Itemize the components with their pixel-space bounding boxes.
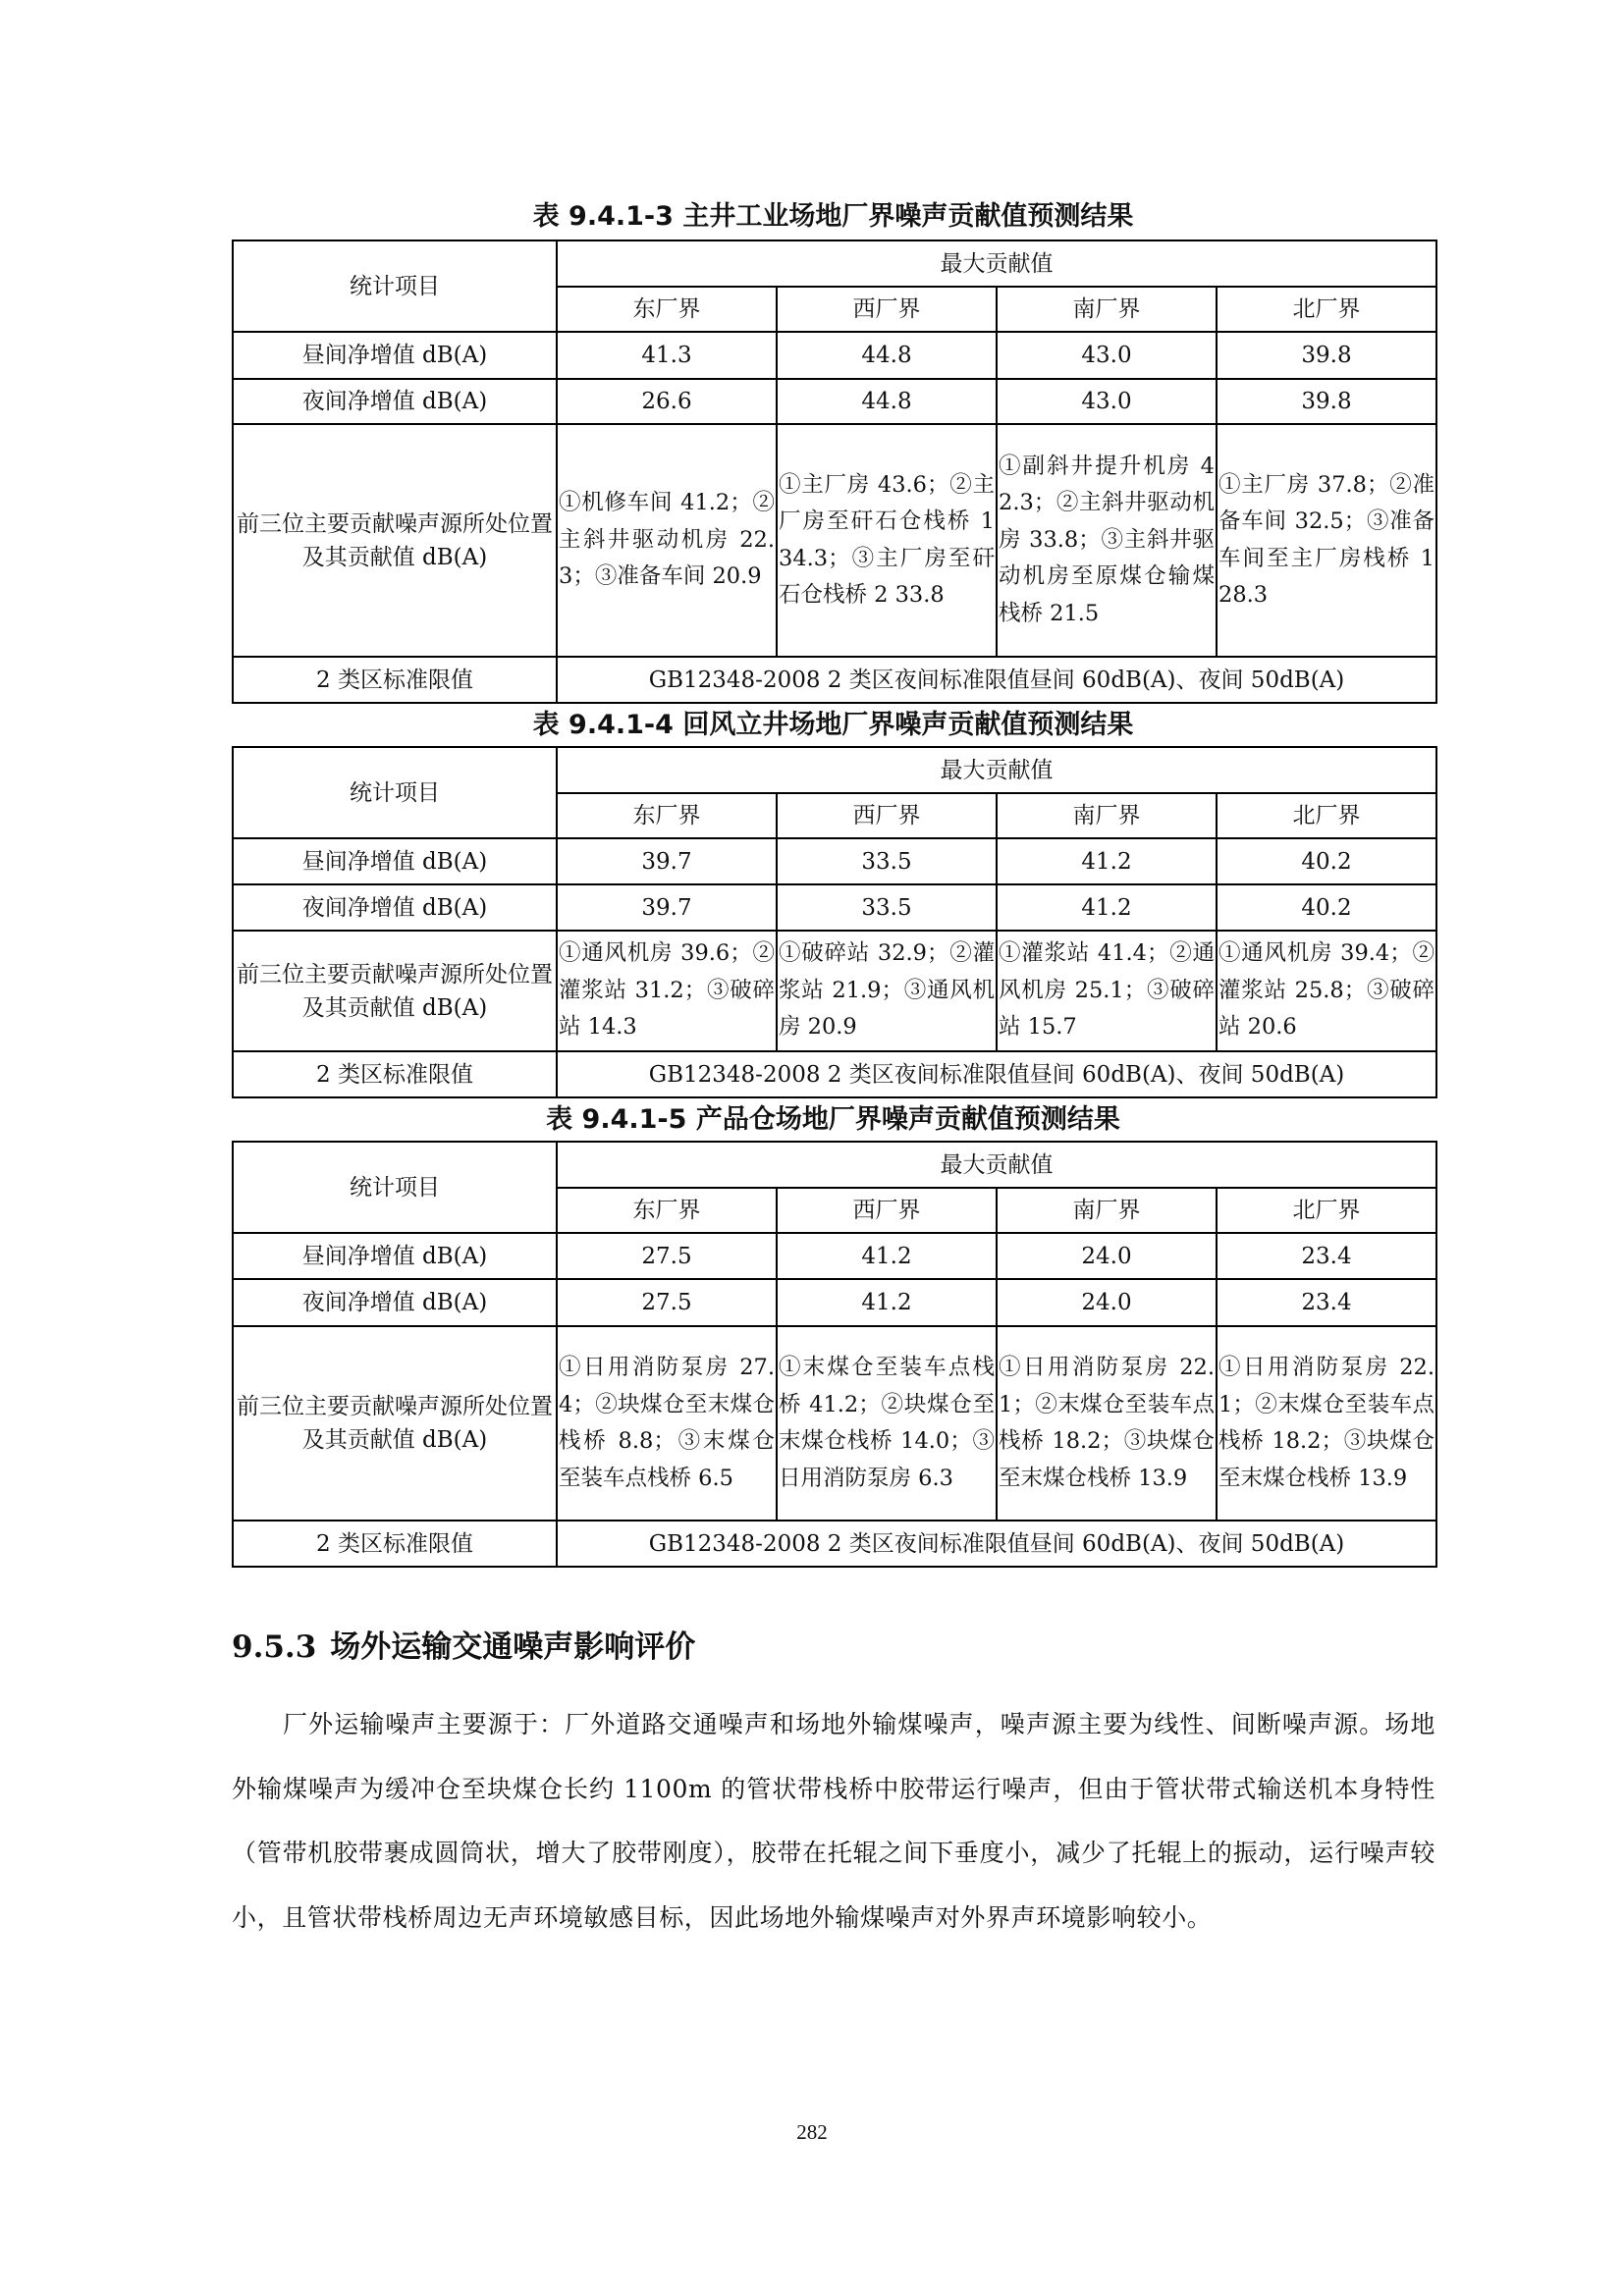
column-header-east: 东厂界 xyxy=(557,1188,777,1233)
sources-cell: ①机修车间 41.2；②主斜井驱动机房 22.3；③准备车间 20.9 xyxy=(557,424,777,657)
table-row: 前三位主要贡献噪声源所处位置及其贡献值 dB(A) ①机修车间 41.2；②主斜… xyxy=(233,424,1436,657)
cell-value: 44.8 xyxy=(777,379,997,424)
cell-value: 40.2 xyxy=(1217,884,1436,931)
cell-value: 23.4 xyxy=(1217,1233,1436,1279)
section-number: 9.5.3 xyxy=(232,1629,316,1665)
column-header-east: 东厂界 xyxy=(557,793,777,838)
table-row: 2 类区标准限值 GB12348-2008 2 类区夜间标准限值昼间 60dB(… xyxy=(233,657,1436,703)
cell-value: 23.4 xyxy=(1217,1279,1436,1326)
cell-value: 40.2 xyxy=(1217,838,1436,884)
cell-value: 41.3 xyxy=(557,332,777,379)
cell-value: 41.2 xyxy=(777,1279,997,1326)
column-header-west: 西厂界 xyxy=(777,793,997,838)
cell-value: 43.0 xyxy=(997,379,1217,424)
row-label: 昼间净增值 dB(A) xyxy=(233,838,557,884)
noise-table-return-air-shaft: 统计项目 最大贡献值 东厂界 西厂界 南厂界 北厂界 昼间净增值 dB(A) 3… xyxy=(232,746,1437,1098)
column-header-west: 西厂界 xyxy=(777,287,997,332)
cell-value: 44.8 xyxy=(777,332,997,379)
row-label: 夜间净增值 dB(A) xyxy=(233,1279,557,1326)
column-header-east: 东厂界 xyxy=(557,287,777,332)
table-row: 2 类区标准限值 GB12348-2008 2 类区夜间标准限值昼间 60dB(… xyxy=(233,1521,1436,1567)
sources-cell: ①副斜井提升机房 42.3；②主斜井驱动机房 33.8；③主斜井驱动机房至原煤仓… xyxy=(997,424,1217,657)
cell-value: 41.2 xyxy=(777,1233,997,1279)
cell-value: 24.0 xyxy=(997,1279,1217,1326)
noise-table-main-shaft: 统计项目 最大贡献值 东厂界 西厂界 南厂界 北厂界 昼间净增值 dB(A) 4… xyxy=(232,240,1437,704)
sources-cell: ①主厂房 43.6；②主厂房至矸石仓栈桥 1 34.3；③主厂房至矸石仓栈桥 2… xyxy=(777,424,997,657)
cell-value: 27.5 xyxy=(557,1233,777,1279)
standard-value: GB12348-2008 2 类区夜间标准限值昼间 60dB(A)、夜间 50d… xyxy=(557,1521,1436,1567)
standard-label: 2 类区标准限值 xyxy=(233,1051,557,1097)
sources-cell: ①末煤仓至装车点栈桥 41.2；②块煤仓至末煤仓栈桥 14.0；③日用消防泵房 … xyxy=(777,1326,997,1521)
column-header-south: 南厂界 xyxy=(997,1188,1217,1233)
noise-table-product-silo: 统计项目 最大贡献值 东厂界 西厂界 南厂界 北厂界 昼间净增值 dB(A) 2… xyxy=(232,1141,1437,1568)
table-row: 夜间净增值 dB(A) 39.7 33.5 41.2 40.2 xyxy=(233,884,1436,931)
header-item: 统计项目 xyxy=(233,747,557,838)
sources-cell: ①日用消防泵房 22.1；②末煤仓至装车点栈桥 18.2；③块煤仓至末煤仓栈桥 … xyxy=(997,1326,1217,1521)
cell-value: 33.5 xyxy=(777,884,997,931)
cell-value: 39.8 xyxy=(1217,332,1436,379)
header-group: 最大贡献值 xyxy=(557,1142,1436,1188)
sources-cell: ①主厂房 37.8；②准备车间 32.5；③准备车间至主厂房栈桥 1 28.3 xyxy=(1217,424,1436,657)
section-title: 场外运输交通噪声影响评价 xyxy=(330,1629,695,1665)
cell-value: 39.7 xyxy=(557,838,777,884)
cell-value: 27.5 xyxy=(557,1279,777,1326)
standard-label: 2 类区标准限值 xyxy=(233,1521,557,1567)
sources-cell: ①日用消防泵房 27.4；②块煤仓至末煤仓栈桥 8.8；③末煤仓至装车点栈桥 6… xyxy=(557,1326,777,1521)
table-caption: 表 9.4.1-4 回风立井场地厂界噪声贡献值预测结果 xyxy=(232,709,1435,742)
column-header-north: 北厂界 xyxy=(1217,793,1436,838)
table-row: 昼间净增值 dB(A) 27.5 41.2 24.0 23.4 xyxy=(233,1233,1436,1279)
table-row: 夜间净增值 dB(A) 27.5 41.2 24.0 23.4 xyxy=(233,1279,1436,1326)
column-header-north: 北厂界 xyxy=(1217,287,1436,332)
cell-value: 39.7 xyxy=(557,884,777,931)
table-caption: 表 9.4.1-5 产品仓场地厂界噪声贡献值预测结果 xyxy=(232,1103,1435,1137)
page-number: 282 xyxy=(0,2120,1624,2145)
table-row: 昼间净增值 dB(A) 41.3 44.8 43.0 39.8 xyxy=(233,332,1436,379)
body-paragraph: 厂外运输噪声主要源于：厂外道路交通噪声和场地外输煤噪声，噪声源主要为线性、间断噪… xyxy=(232,1692,1435,1949)
sources-cell: ①通风机房 39.6；②灌浆站 31.2；③破碎站 14.3 xyxy=(557,931,777,1051)
sources-label: 前三位主要贡献噪声源所处位置及其贡献值 dB(A) xyxy=(233,424,557,657)
cell-value: 43.0 xyxy=(997,332,1217,379)
standard-value: GB12348-2008 2 类区夜间标准限值昼间 60dB(A)、夜间 50d… xyxy=(557,657,1436,703)
table-row: 前三位主要贡献噪声源所处位置及其贡献值 dB(A) ①通风机房 39.6；②灌浆… xyxy=(233,931,1436,1051)
sources-cell: ①日用消防泵房 22.1；②末煤仓至装车点栈桥 18.2；③块煤仓至末煤仓栈桥 … xyxy=(1217,1326,1436,1521)
standard-label: 2 类区标准限值 xyxy=(233,657,557,703)
table-row: 夜间净增值 dB(A) 26.6 44.8 43.0 39.8 xyxy=(233,379,1436,424)
table-caption: 表 9.4.1-3 主井工业场地厂界噪声贡献值预测结果 xyxy=(232,200,1435,234)
sources-cell: ①灌浆站 41.4；②通风机房 25.1；③破碎站 15.7 xyxy=(997,931,1217,1051)
column-header-south: 南厂界 xyxy=(997,287,1217,332)
header-group: 最大贡献值 xyxy=(557,240,1436,287)
sources-cell: ①破碎站 32.9；②灌浆站 21.9；③通风机房 20.9 xyxy=(777,931,997,1051)
sources-label: 前三位主要贡献噪声源所处位置及其贡献值 dB(A) xyxy=(233,931,557,1051)
row-label: 夜间净增值 dB(A) xyxy=(233,379,557,424)
cell-value: 39.8 xyxy=(1217,379,1436,424)
header-group: 最大贡献值 xyxy=(557,747,1436,793)
column-header-north: 北厂界 xyxy=(1217,1188,1436,1233)
sources-label: 前三位主要贡献噪声源所处位置及其贡献值 dB(A) xyxy=(233,1326,557,1521)
column-header-south: 南厂界 xyxy=(997,793,1217,838)
cell-value: 33.5 xyxy=(777,838,997,884)
header-item: 统计项目 xyxy=(233,240,557,332)
sources-cell: ①通风机房 39.4；②灌浆站 25.8；③破碎站 20.6 xyxy=(1217,931,1436,1051)
row-label: 夜间净增值 dB(A) xyxy=(233,884,557,931)
cell-value: 26.6 xyxy=(557,379,777,424)
table-row: 前三位主要贡献噪声源所处位置及其贡献值 dB(A) ①日用消防泵房 27.4；②… xyxy=(233,1326,1436,1521)
standard-value: GB12348-2008 2 类区夜间标准限值昼间 60dB(A)、夜间 50d… xyxy=(557,1051,1436,1097)
row-label: 昼间净增值 dB(A) xyxy=(233,1233,557,1279)
cell-value: 24.0 xyxy=(997,1233,1217,1279)
column-header-west: 西厂界 xyxy=(777,1188,997,1233)
section-heading: 9.5.3场外运输交通噪声影响评价 xyxy=(232,1628,695,1667)
table-row: 2 类区标准限值 GB12348-2008 2 类区夜间标准限值昼间 60dB(… xyxy=(233,1051,1436,1097)
table-row: 昼间净增值 dB(A) 39.7 33.5 41.2 40.2 xyxy=(233,838,1436,884)
cell-value: 41.2 xyxy=(997,884,1217,931)
header-item: 统计项目 xyxy=(233,1142,557,1233)
row-label: 昼间净增值 dB(A) xyxy=(233,332,557,379)
cell-value: 41.2 xyxy=(997,838,1217,884)
